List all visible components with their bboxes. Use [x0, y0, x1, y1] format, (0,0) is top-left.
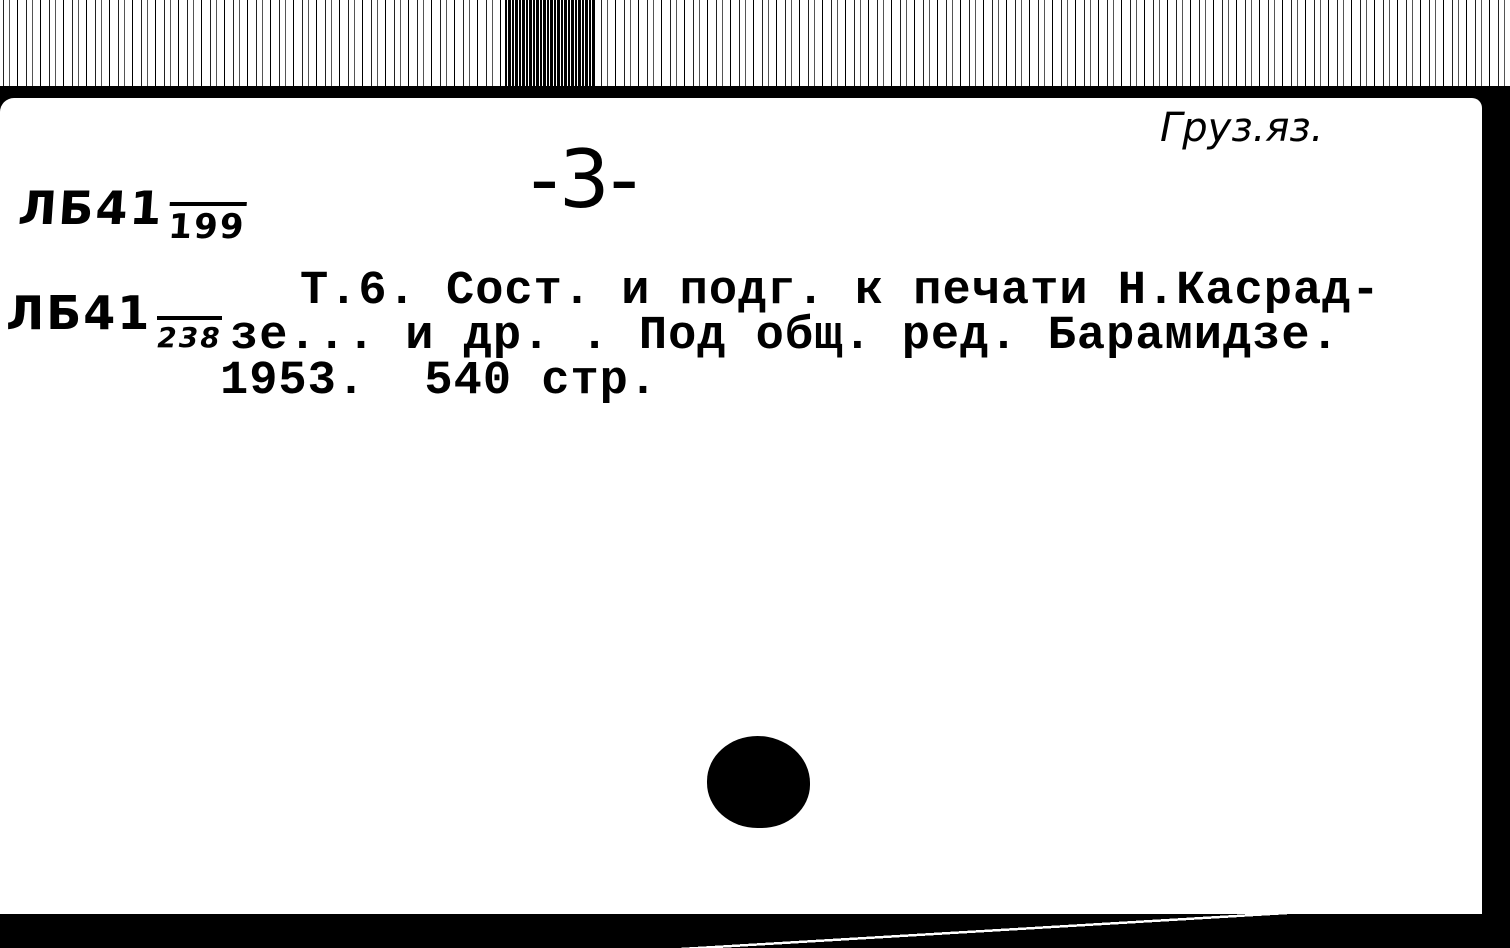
subject-heading: Груз.яз.	[1160, 108, 1323, 148]
body-line-3: 1953. 540 стр.	[220, 358, 658, 406]
scanner-footer-band	[0, 914, 1510, 948]
scan-line	[0, 914, 1510, 948]
body-line-1: Т.6. Сост. и подг. к печати Н.Касрад-	[300, 268, 1381, 316]
card-right-edge	[1482, 98, 1510, 914]
shelf-mark-1: ЛБ41199	[16, 185, 248, 244]
body-line-2: зе... и др. . Под общ. ред. Барамидзе.	[230, 313, 1340, 361]
shelf-mark-2: ЛБ41238	[6, 290, 222, 352]
shelf-mark-sub: 199	[167, 202, 247, 244]
card-top-edge	[0, 86, 1510, 98]
shelf-mark-main: ЛБ41	[6, 286, 151, 340]
shelf-mark-main: ЛБ41	[17, 181, 166, 235]
punch-hole	[707, 736, 810, 828]
scan-artifact-band	[505, 0, 595, 98]
shelf-mark-sub: 238	[157, 316, 221, 352]
scanner-header-strip	[0, 0, 1510, 98]
page-number: -3-	[530, 140, 639, 220]
